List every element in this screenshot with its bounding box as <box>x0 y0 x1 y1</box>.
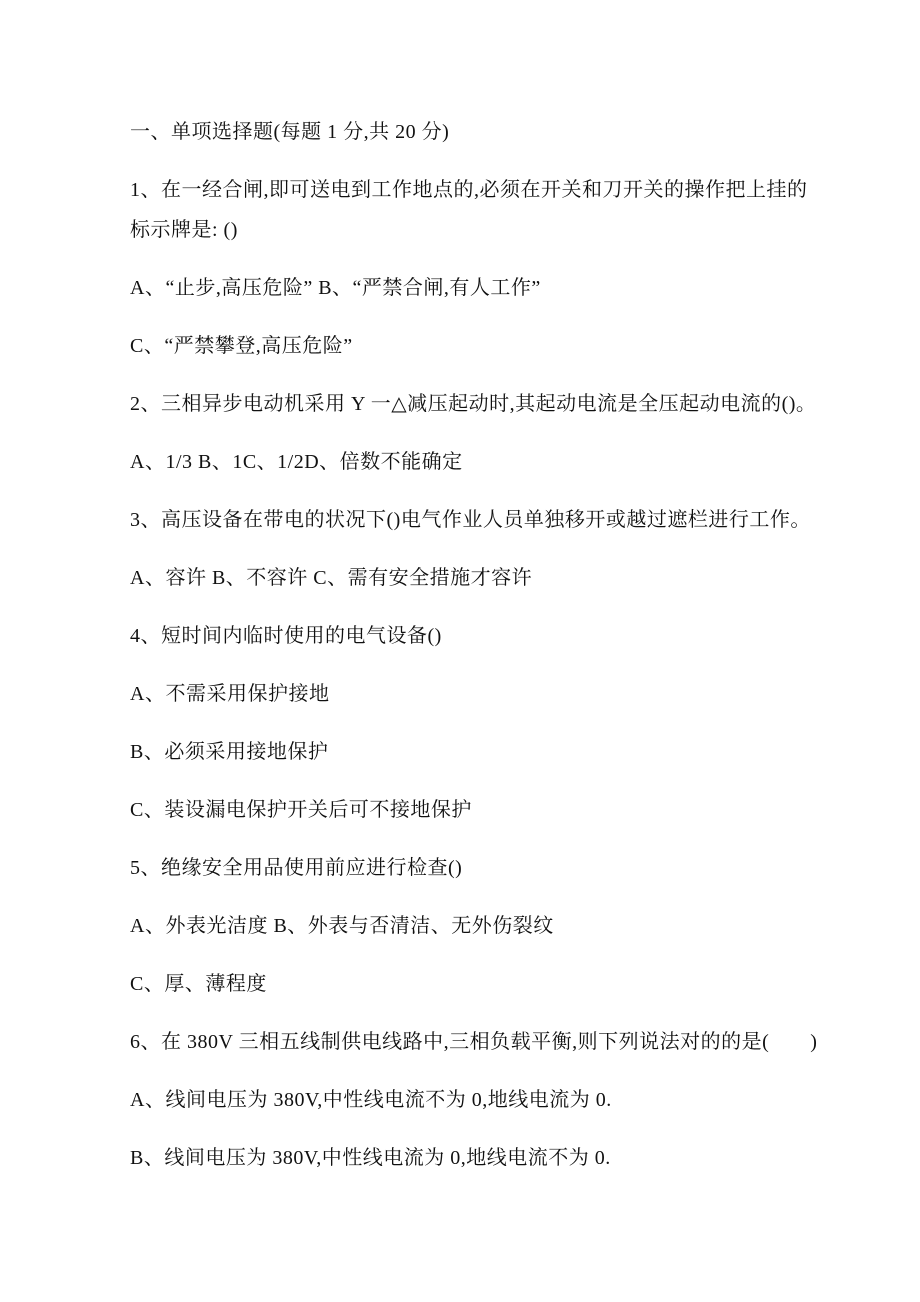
question-1-stem: 1、在一经合闸,即可送电到工作地点的,必须在开关和刀开关的操作把上挂的标示牌是:… <box>130 170 820 250</box>
question-4-option-a: A、不需采用保护接地 <box>130 674 820 714</box>
question-3-options: A、容许 B、不容许 C、需有安全措施才容许 <box>130 558 820 598</box>
question-6-option-a: A、线间电压为 380V,中性线电流不为 0,地线电流为 0. <box>130 1080 820 1120</box>
question-2-stem: 2、三相异步电动机采用 Y 一△减压起动时,其起动电流是全压起动电流的()。 <box>130 384 820 424</box>
question-2-options: A、1/3 B、1C、1/2D、倍数不能确定 <box>130 442 820 482</box>
question-5-stem: 5、绝缘安全用品使用前应进行检查() <box>130 848 820 888</box>
document-content: 一、单项选择题(每题 1 分,共 20 分) 1、在一经合闸,即可送电到工作地点… <box>130 112 820 1178</box>
question-4-option-c: C、装设漏电保护开关后可不接地保护 <box>130 790 820 830</box>
document-page: 一、单项选择题(每题 1 分,共 20 分) 1、在一经合闸,即可送电到工作地点… <box>0 0 920 1302</box>
question-6-stem: 6、在 380V 三相五线制供电线路中,三相负载平衡,则下列说法对的的是( ) <box>130 1022 820 1062</box>
section-heading: 一、单项选择题(每题 1 分,共 20 分) <box>130 112 820 152</box>
question-3-stem: 3、高压设备在带电的状况下()电气作业人员单独移开或越过遮栏进行工作。 <box>130 500 820 540</box>
question-1-options-ab: A、“止步,高压危险” B、“严禁合闸,有人工作” <box>130 268 820 308</box>
question-4-option-b: B、必须采用接地保护 <box>130 732 820 772</box>
question-5-options-ab: A、外表光洁度 B、外表与否清洁、无外伤裂纹 <box>130 906 820 946</box>
question-1-option-c: C、“严禁攀登,高压危险” <box>130 326 820 366</box>
question-4-stem: 4、短时间内临时使用的电气设备() <box>130 616 820 656</box>
question-5-option-c: C、厚、薄程度 <box>130 964 820 1004</box>
question-6-option-b: B、线间电压为 380V,中性线电流为 0,地线电流不为 0. <box>130 1138 820 1178</box>
